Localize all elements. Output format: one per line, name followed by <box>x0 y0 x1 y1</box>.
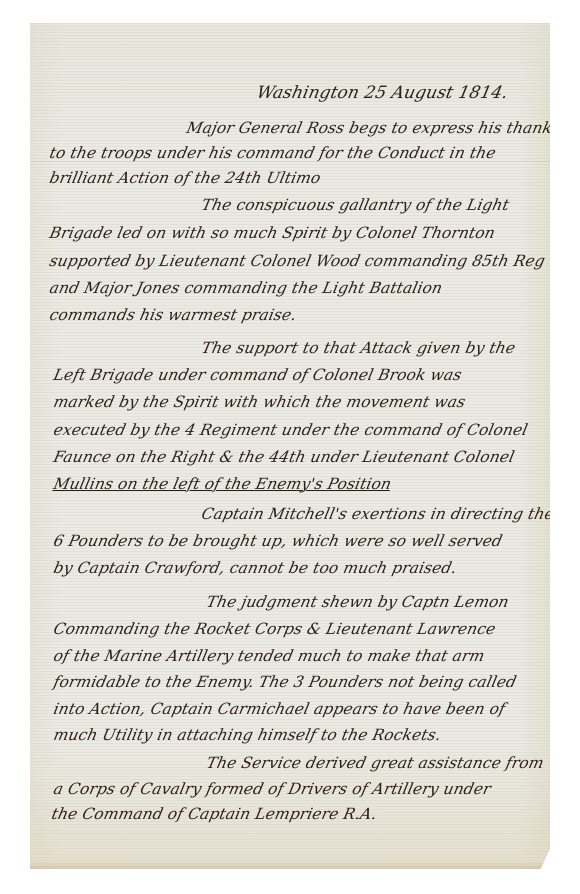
paragraph-3-line-5: Faunce on the Right & the 44th under Lie… <box>52 450 516 466</box>
paragraph-5-line-5: into Action, Captain Carmichael appears … <box>52 702 507 718</box>
paragraph-2-line-1: The conspicuous gallantry of the Light <box>200 198 511 214</box>
paragraph-2-line-5: commands his warmest praise. <box>48 308 298 324</box>
paragraph-5-line-6: much Utility in attaching himself to the… <box>52 728 442 744</box>
paragraph-6-line-1: The Service derived great assistance fro… <box>205 756 545 772</box>
paragraph-5-line-2: Commanding the Rocket Corps & Lieutenant… <box>52 622 497 638</box>
paragraph-3-line-4: executed by the 4 Regiment under the com… <box>52 423 529 439</box>
paragraph-4-line-3: by Captain Crawford, cannot be too much … <box>52 561 458 577</box>
paragraph-6-line-3: the Command of Captain Lempriere R.A. <box>50 807 378 823</box>
paragraph-3-line-1: The support to that Attack given by the <box>200 341 517 357</box>
paragraph-1-line-3: brilliant Action of the 24th Ultimo <box>48 171 322 187</box>
paragraph-3-line-2: Left Brigade under command of Colonel Br… <box>52 368 463 384</box>
paragraph-6-line-2: a Corps of Cavalry formed of Drivers of … <box>52 782 492 798</box>
dateline: Washington 25 August 1814. <box>255 85 509 102</box>
paragraph-5-line-4: formidable to the Enemy. The 3 Pounders … <box>52 675 518 691</box>
manuscript-page: Washington 25 August 1814. Major General… <box>30 23 550 869</box>
paragraph-4-line-2: 6 Pounders to be brought up, which were … <box>52 534 504 550</box>
paragraph-5-line-3: of the Marine Artillery tended much to m… <box>52 649 486 665</box>
paragraph-1-line-1: Major General Ross begs to express his t… <box>185 121 562 137</box>
paragraph-4-line-1: Captain Mitchell's exertions in directin… <box>200 507 555 523</box>
paragraph-2-line-3: supported by Lieutenant Colonel Wood com… <box>48 254 546 270</box>
paragraph-5-line-1: The judgment shewn by Captn Lemon <box>205 595 510 611</box>
paragraph-2-line-4: and Major Jones commanding the Light Bat… <box>48 281 444 297</box>
paragraph-3-line-6: Mullins on the left of the Enemy's Posit… <box>52 477 393 493</box>
paragraph-1-line-2: to the troops under his command for the … <box>48 146 497 162</box>
paragraph-3-line-3: marked by the Spirit with which the move… <box>52 395 467 411</box>
paragraph-2-line-2: Brigade led on with so much Spirit by Co… <box>48 226 496 242</box>
